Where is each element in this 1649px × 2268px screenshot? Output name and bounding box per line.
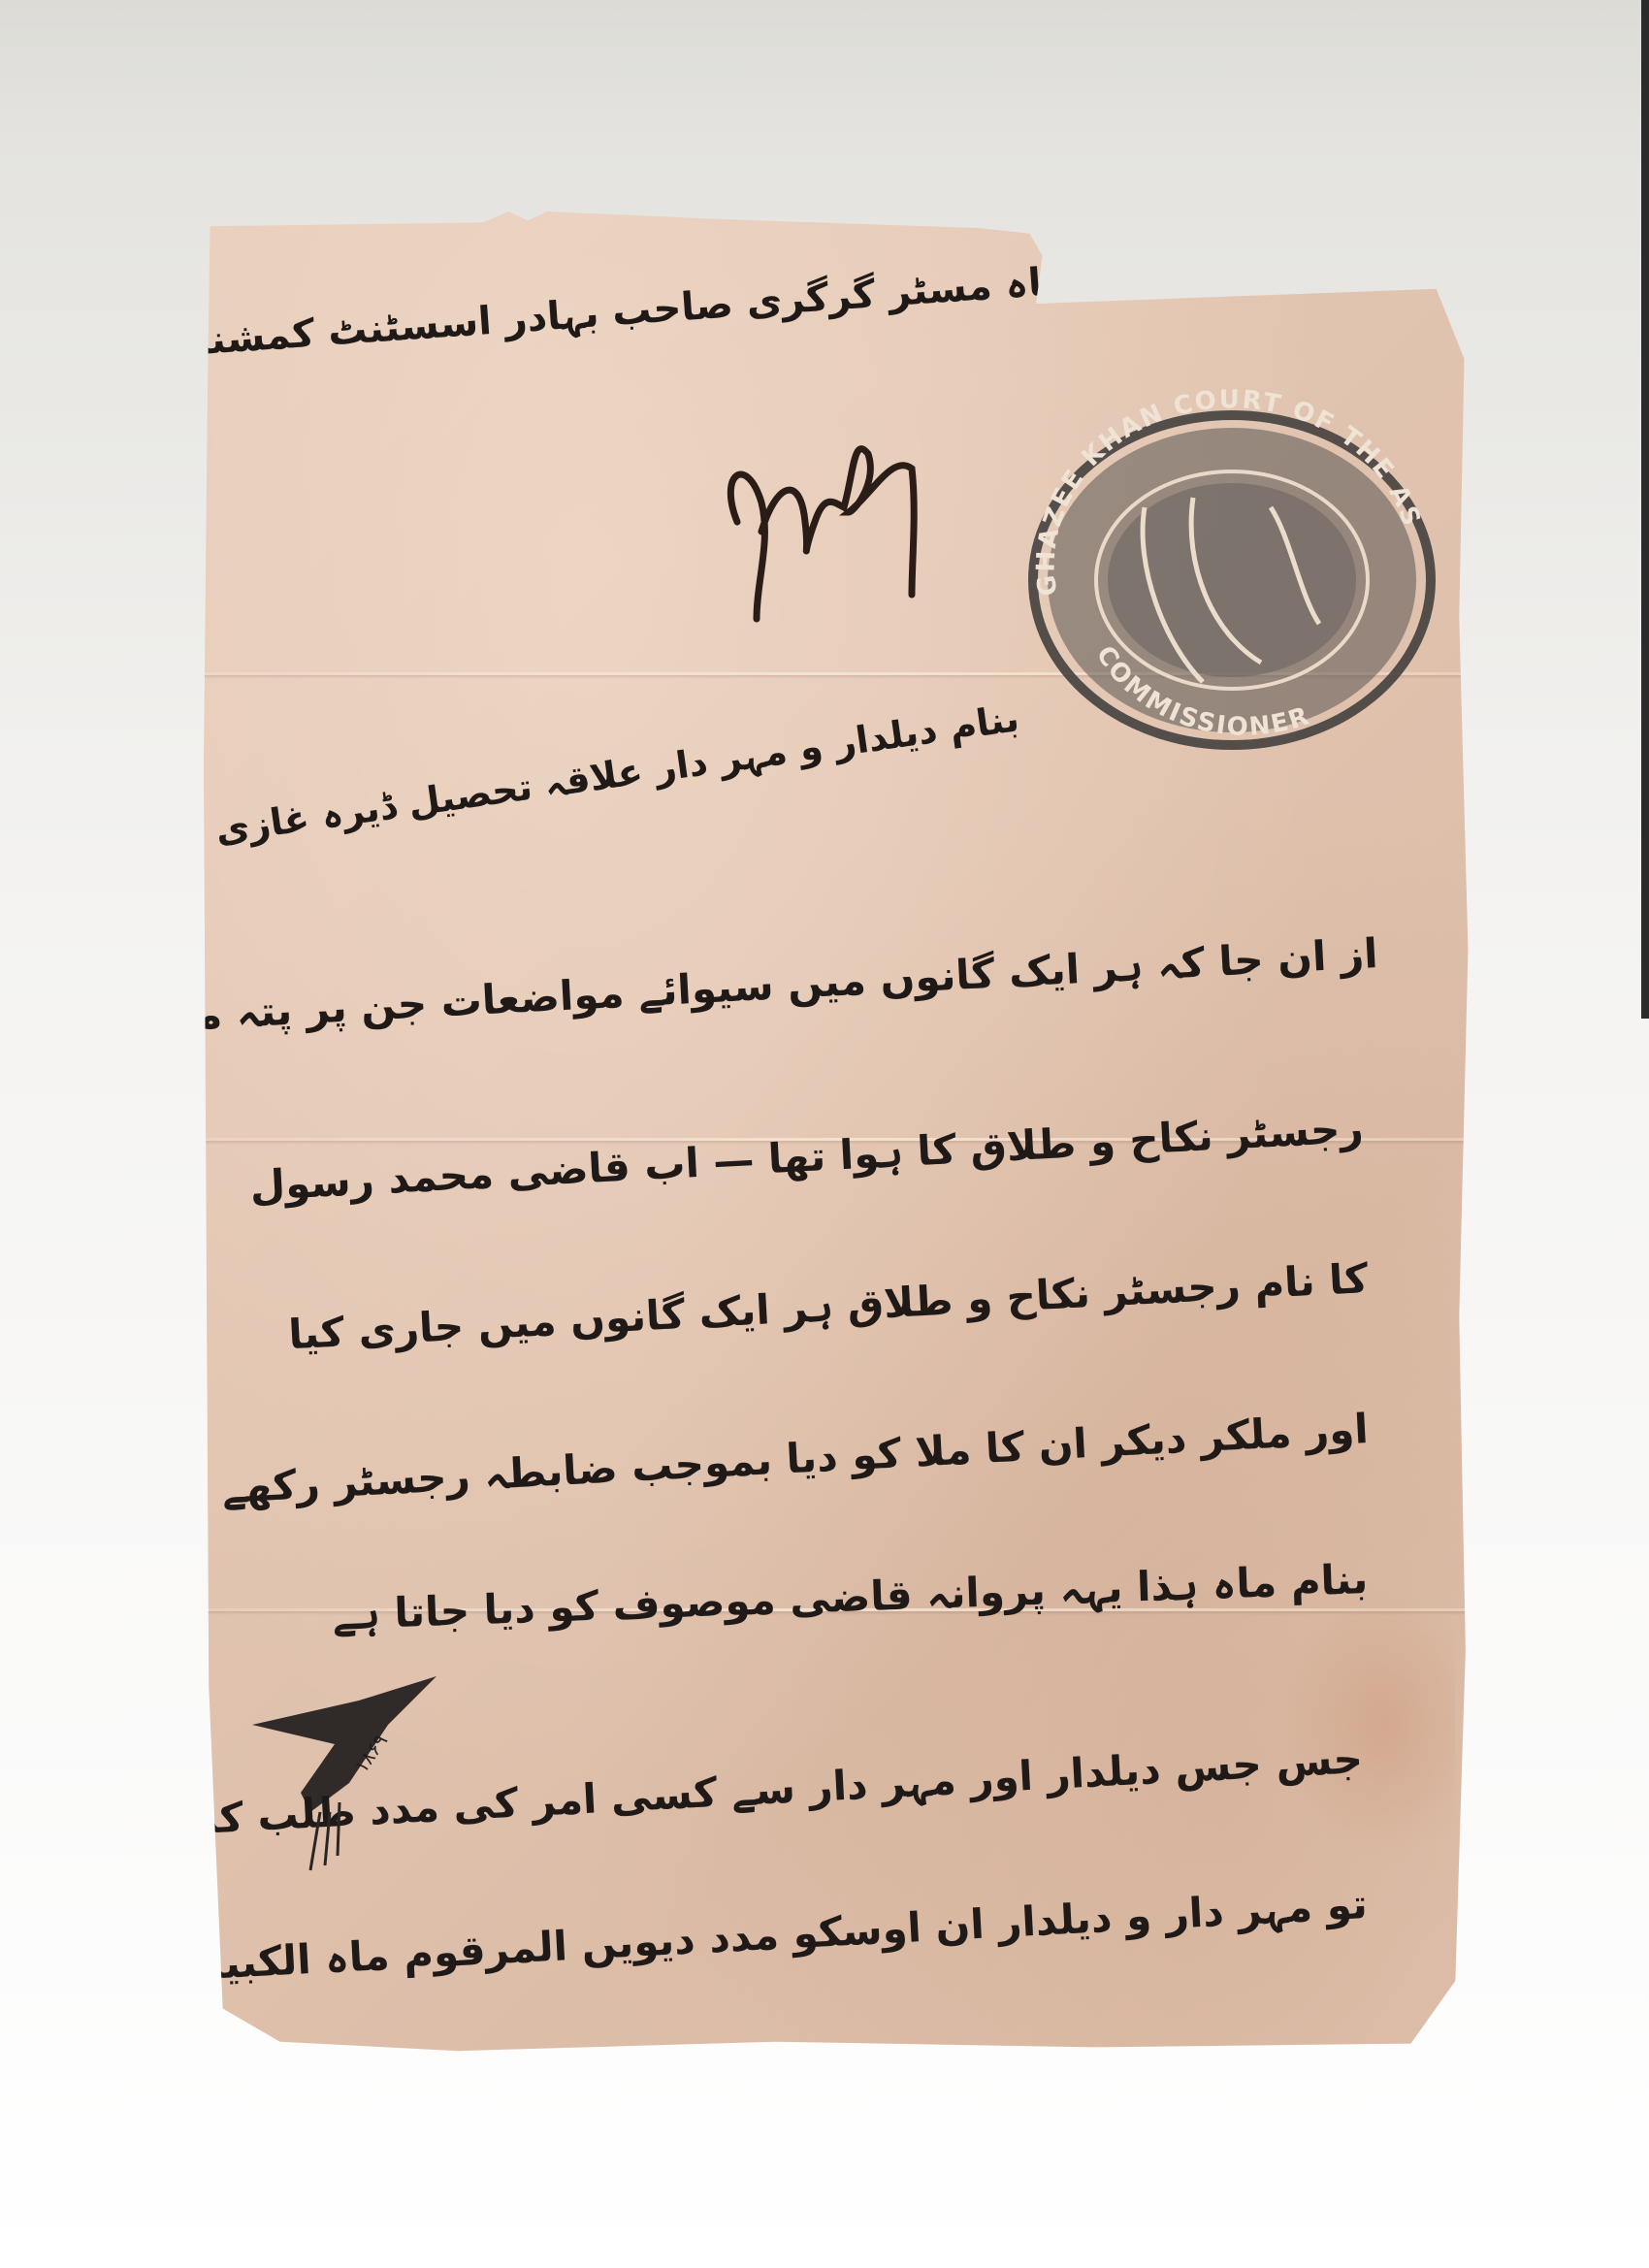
body-line-5: بنام ماہ ہذا یہہ پروانہ قاضی موصوف کو دی… bbox=[332, 1555, 1369, 1638]
signature bbox=[708, 415, 921, 638]
court-seal: GHAZEE KHAN COURT OF THE ASS COMMISSIONE… bbox=[999, 372, 1455, 760]
body-line-7: تو مہر دار و دیلدار ان اوسکو مدد دیویں ا… bbox=[199, 1880, 1369, 1989]
body-line-3: کا نام رجسٹر نکاح و طلاق ہر ایک گانوں می… bbox=[287, 1254, 1369, 1358]
body-line-2: رجسٹر نکاح و طلاق کا ہوا تھا — اب قاضی م… bbox=[248, 1104, 1364, 1210]
water-stain bbox=[1280, 1589, 1455, 1861]
document-page: از پیشگاہ مسٹر گرگری صاحب بہادر اسسٹنٹ ک… bbox=[204, 211, 1474, 2055]
addressee-line: بنام دیلدار و مہر دار علاقہ تحصیل ڈیرہ غ… bbox=[129, 697, 1021, 863]
scanner-edge bbox=[1641, 0, 1649, 1019]
body-line-4: اور ملکر دیکر ان کا ملا کو دیا بموجب ضاب… bbox=[129, 1405, 1369, 1517]
ink-mark bbox=[242, 1667, 456, 1880]
body-line-1: از ان جا کہ ہر ایک گانوں میں سیوائے مواض… bbox=[0, 929, 1378, 1059]
